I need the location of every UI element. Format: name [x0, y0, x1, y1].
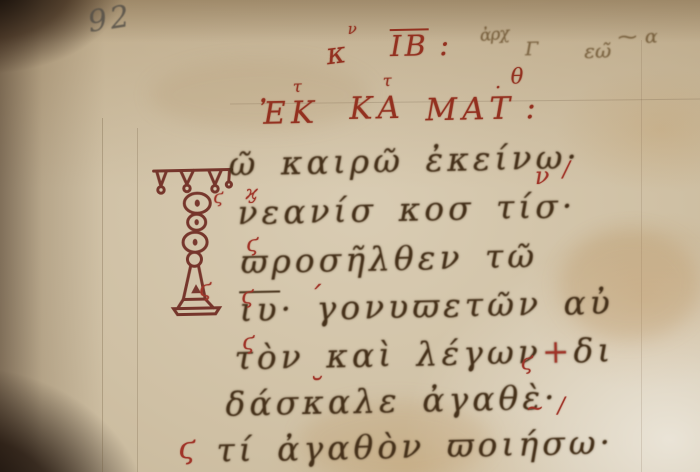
red-breve-mark: ˘ [307, 373, 323, 408]
text-line-4: ιυ· γονυϖετῶν αὐ [239, 282, 614, 329]
text-line-6-text: δάσκαλε ἀγαθὲ· [225, 378, 559, 424]
rubric-word-ek: ἘΚ [259, 95, 319, 132]
text-line-7-text: τί ἀγαθὸν ϖοιήσω· [216, 423, 614, 470]
red-margin-mark: ϛ [242, 330, 255, 355]
kephalaion-superscript: ν [347, 20, 356, 38]
arche-lection-monogram: ἀρχ [479, 24, 509, 47]
red-margin-mark: ϛ [246, 232, 259, 257]
red-accent-mark: ´ [307, 281, 322, 314]
rubric-kata-superscript: τ [383, 71, 397, 90]
text-line-4-text: · γονυϖετῶν αὐ [280, 282, 614, 328]
rubric-ek-superscript: τ [293, 77, 307, 96]
text-line-3: ϖροσῆλθεν τῶ [240, 236, 538, 281]
red-margin-mark: ∕ [557, 394, 565, 419]
text-block: κ ν ΙΒ : ἀρχ Γ εω̃ ⁓α ἘΚ τ ΚΑ τ ΜΑΤ · θ … [0, 0, 700, 472]
red-margin-mark: ∕ [562, 157, 570, 182]
chapter-numeral-text: ΙΒ [390, 28, 429, 61]
red-margin-mark: ν [534, 162, 549, 190]
chapter-numeral: ΙΒ [390, 28, 429, 63]
text-line-5-text-b: δι [573, 330, 615, 370]
red-margin-mark: ϛ [520, 350, 533, 375]
manuscript-photo: 92 κ ν ΙΒ : ἀρχ Γ εω̃ ⁓α ἘΚ τ ΚΑ τ ΜΑΤ ·… [0, 0, 700, 472]
text-line-5: τὸν καὶ λέγων+δι [234, 330, 615, 377]
rubric-colon: : [525, 90, 541, 126]
decorated-initial-tau [150, 158, 239, 328]
red-margin-mark: ϛ [199, 277, 212, 302]
red-margin-mark: ∼ [525, 396, 544, 421]
eothinon-mark: εω̃ [584, 38, 612, 63]
rubric-theta-superscript: θ [510, 64, 528, 88]
text-line-1-text: ῶ καιρῶ ἐκείνω· [228, 137, 581, 183]
kephalaion-abbrev: κ [324, 35, 348, 72]
text-line-7: τί ἀγαθὸν ϖοιήσω· [216, 423, 614, 470]
red-margin-mark: ϛ [241, 284, 254, 309]
gamma-mark: Γ [525, 38, 539, 60]
red-margin-mark: ϛ [178, 431, 196, 466]
rubric-word-kata: ΚΑ [349, 90, 405, 127]
rubric-theta-dot: · [495, 75, 507, 99]
text-line-2: νεανίσ κοσ τίσ· [237, 186, 577, 232]
text-line-5-text-a: τὸν καὶ λέγων [234, 332, 542, 377]
text-line-2-text: νεανίσ κοσ τίσ· [237, 186, 577, 232]
header-colon: : [439, 28, 450, 63]
red-cross-mark: + [541, 331, 573, 371]
red-margin-mark: ϛ [213, 187, 224, 208]
text-line-6: δάσκαλε ἀγαθὲ· [225, 378, 559, 424]
text-line-1: ῶ καιρῶ ἐκείνω· [228, 137, 581, 183]
text-line-3-text: ϖροσῆλθεν τῶ [240, 236, 538, 281]
red-margin-mark: ϗ [245, 180, 258, 204]
eothinon-flourish: ⁓α [618, 25, 666, 48]
